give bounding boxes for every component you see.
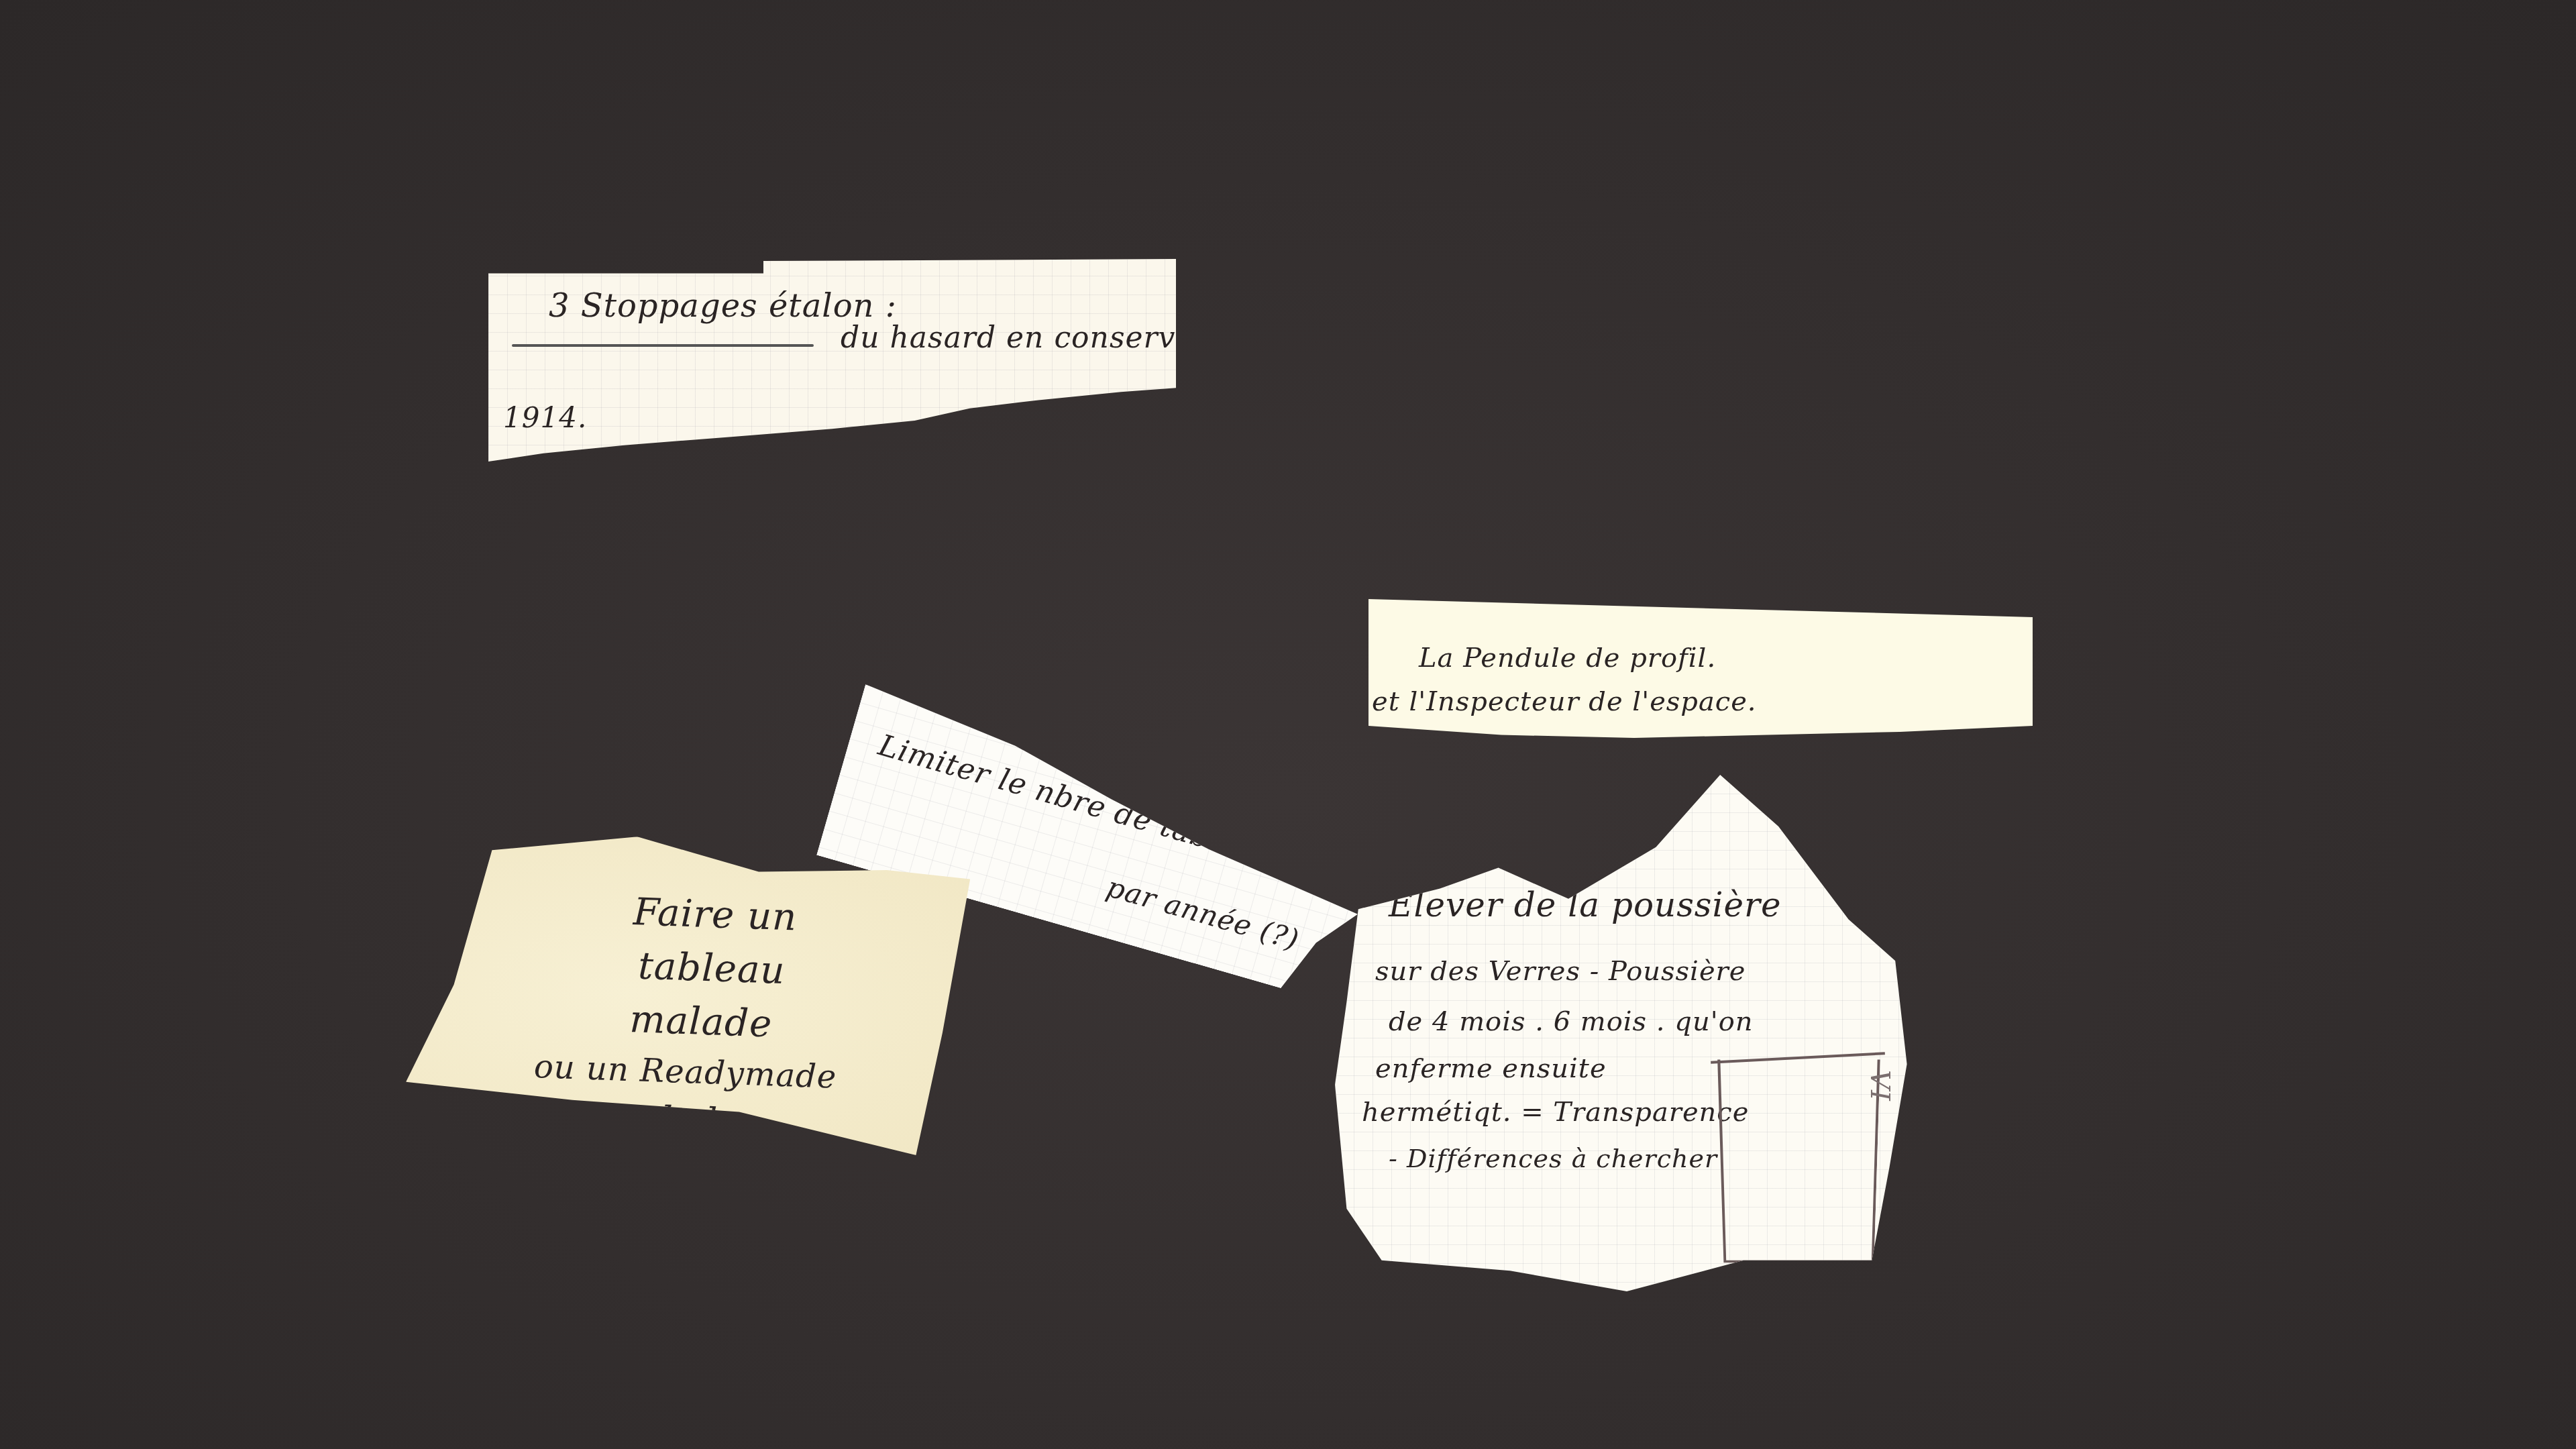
- note-text: de 4 mois . 6 mois . qu'on: [1389, 1006, 1753, 1037]
- note-text: malade: [605, 1097, 739, 1142]
- note-la-pendule-de-profil: La Pendule de profil. et l'Inspecteur de…: [1368, 599, 2033, 750]
- note-text: par année (?): [1103, 870, 1303, 957]
- underline-stroke: [512, 344, 814, 347]
- note-year: 1914.: [503, 401, 587, 434]
- note-text: Limiter le nbre de tableaux: [875, 728, 1295, 878]
- note-3-stoppages-etalon: 3 Stoppages étalon : du hasard en conser…: [488, 257, 1176, 462]
- glass-sketch-icon: [1717, 1060, 1880, 1263]
- note-tableau-malade: Faire un tableau malade ou un Readymade …: [404, 829, 971, 1157]
- note-elever-de-la-poussiere: Elever de la poussière sur des Verres - …: [1335, 775, 1919, 1291]
- note-text: Faire un: [633, 890, 798, 939]
- note-text: hermétiqt. = Transparence: [1362, 1097, 1749, 1128]
- margin-mark: VI: [1864, 1070, 1895, 1102]
- note-text: La Pendule de profil.: [1419, 643, 1716, 674]
- note-text: - Différences à chercher: [1389, 1144, 1717, 1173]
- note-text: ou un Readymade: [533, 1048, 837, 1096]
- note-heading: Elever de la poussière: [1389, 885, 1782, 924]
- note-text: sur des Verres - Poussière: [1375, 956, 1746, 987]
- note-text: tableau: [637, 944, 786, 993]
- note-text: et l'Inspecteur de l'espace.: [1372, 686, 1757, 717]
- note-text: enferme ensuite: [1375, 1053, 1607, 1084]
- note-text: malade: [629, 998, 773, 1046]
- note-text: du hasard en conserve: [841, 321, 1193, 355]
- note-text: 3 Stoppages étalon :: [549, 287, 897, 325]
